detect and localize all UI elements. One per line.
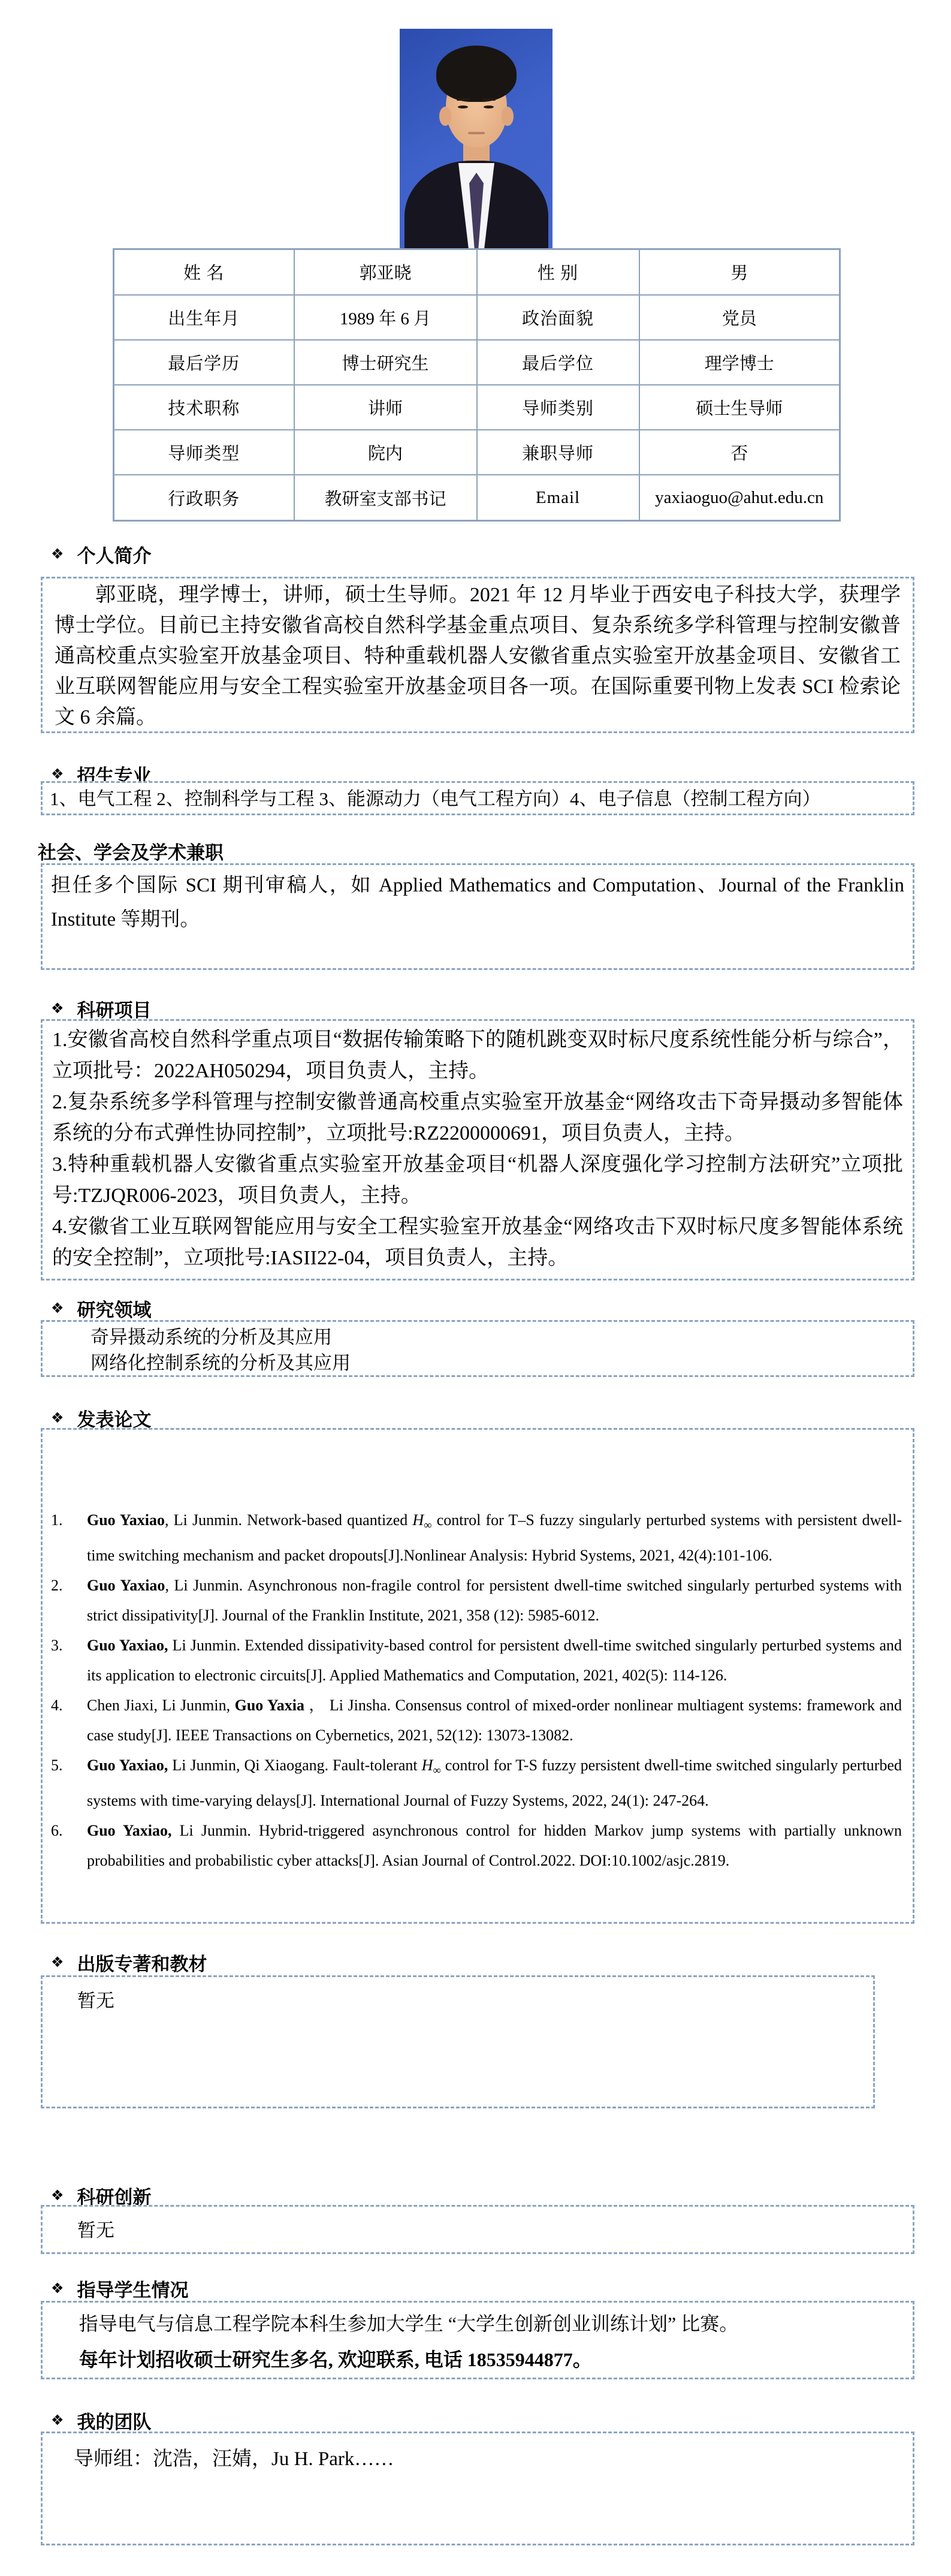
- publication-item: 2.Guo Yaxiao, Li Junmin. Asynchronous no…: [51, 1571, 905, 1631]
- section-personal-intro: ❖ 个人简介 郭亚晓，理学博士，讲师，硕士生导师。2021 年 12 月毕业于西…: [0, 541, 951, 567]
- publication-segment: Li Junmin, Qi Xiaogang. Fault-tolerant: [168, 1756, 421, 1774]
- publication-segment: H: [422, 1756, 433, 1774]
- section-research-innovation: ❖ 科研创新 暂无: [0, 2183, 951, 2208]
- publication-text: Guo Yaxiao, Li Junmin. Extended dissipat…: [87, 1631, 905, 1691]
- photo-hair-shape: [436, 46, 517, 102]
- publication-item: 5.Guo Yaxiao, Li Junmin, Qi Xiaogang. Fa…: [51, 1751, 905, 1816]
- info-label: 导师类型: [114, 430, 294, 475]
- publication-item: 4.Chen Jiaxi, Li Junmin, Guo Yaxia ， Li …: [51, 1691, 905, 1751]
- section-published-papers: ❖ 发表论文 1.Guo Yaxiao, Li Junmin. Network-…: [0, 1405, 951, 1430]
- publication-segment: Li Junmin. Hybrid-triggered asynchronous…: [87, 1822, 902, 1869]
- publication-segment: H: [412, 1511, 424, 1529]
- photo-eye-shape: [458, 106, 468, 109]
- intro-box: 郭亚晓，理学博士，讲师，硕士生导师。2021 年 12 月毕业于西安电子科技大学…: [41, 577, 914, 733]
- section-title: 我的团队: [77, 2407, 152, 2434]
- project-item: 2.复杂系统多学科管理与控制安徽普通高校重点实验室开放基金“网络攻击下奇异摄动多…: [52, 1087, 903, 1149]
- info-label: 姓 名: [114, 249, 294, 295]
- publication-segment: Chen Jiaxi, Li Junmin,: [87, 1697, 235, 1714]
- innovation-box: 暂无: [41, 2205, 914, 2254]
- fields-box: 奇异摄动系统的分析及其应用网络化控制系统的分析及其应用: [41, 1320, 914, 1377]
- photo-ear-shape: [439, 107, 451, 126]
- info-label: 最后学历: [114, 340, 294, 385]
- section-research-projects: ❖ 科研项目 1.安徽省高校自然科学重点项目“数据传输策略下的随机跳变双时标尺度…: [0, 996, 951, 1021]
- publication-item: 1.Guo Yaxiao, Li Junmin. Network-based q…: [51, 1505, 905, 1571]
- section-student-guidance: ❖ 指导学生情况 指导电气与信息工程学院本科生参加大学生 “大学生创新创业训练计…: [0, 2276, 951, 2301]
- info-value: 党员: [639, 295, 840, 340]
- publication-number: 3.: [51, 1631, 87, 1691]
- social-box: 担任多个国际 SCI 期刊审稿人，如 Applied Mathematics a…: [41, 863, 914, 970]
- diamond-icon: ❖: [51, 1955, 64, 1969]
- publication-text: Guo Yaxiao, Li Junmin. Hybrid-triggered …: [87, 1816, 905, 1876]
- personal-info-table: 姓 名郭亚晓性 别男出生年月1989 年 6 月政治面貌党员最后学历博士研究生最…: [113, 248, 841, 522]
- section-title: 社会、学会及学术兼职: [38, 837, 224, 864]
- info-label: 政治面貌: [477, 295, 639, 340]
- publication-segment: Guo Yaxiao,: [87, 1637, 168, 1654]
- section-header: ❖ 个人简介: [51, 541, 951, 567]
- info-label: 导师类别: [477, 385, 639, 430]
- team-box: 导师组：沈浩，汪婧，Ju H. Park……: [41, 2432, 914, 2545]
- publication-segment: Li Junmin. Extended dissipativity-based …: [87, 1637, 902, 1684]
- publication-segment: ∞: [424, 1519, 431, 1532]
- intro-text: 郭亚晓，理学博士，讲师，硕士生导师。2021 年 12 月毕业于西安电子科技大学…: [55, 580, 901, 733]
- info-table-row: 技术职称讲师导师类别硕士生导师: [114, 385, 840, 430]
- info-value: 男: [639, 249, 840, 295]
- team-text: 导师组：沈浩，汪婧，Ju H. Park……: [74, 2443, 913, 2471]
- books-text: 暂无: [77, 1986, 873, 2012]
- section-academic-positions: 社会、学会及学术兼职 担任多个国际 SCI 期刊审稿人，如 Applied Ma…: [0, 838, 951, 863]
- section-title: 出版专著和教材: [77, 1949, 207, 1976]
- section-header: ❖ 科研项目: [51, 996, 951, 1021]
- diamond-icon: ❖: [51, 767, 64, 781]
- majors-box: 1、电气工程 2、控制科学与工程 3、能源动力（电气工程方向）4、电子信息（控制…: [41, 781, 914, 815]
- section-header: ❖ 我的团队: [51, 2408, 951, 2433]
- students-box: 指导电气与信息工程学院本科生参加大学生 “大学生创新创业训练计划” 比赛。每年计…: [41, 2301, 914, 2379]
- info-table-row: 导师类型院内兼职导师否: [114, 430, 840, 475]
- info-value: 教研室支部书记: [294, 475, 477, 520]
- info-label: Email: [477, 475, 639, 520]
- diamond-icon: ❖: [51, 547, 64, 561]
- majors-text: 1、电气工程 2、控制科学与工程 3、能源动力（电气工程方向）4、电子信息（控制…: [50, 784, 905, 814]
- section-enrollment-majors: ❖ 招生专业 1、电气工程 2、控制科学与工程 3、能源动力（电气工程方向）4、…: [0, 761, 951, 787]
- info-value: 1989 年 6 月: [294, 295, 477, 340]
- project-item: 4.安徽省工业互联网智能应用与安全工程实验室开放基金“网络攻击下双时标尺度多智能…: [52, 1212, 903, 1274]
- info-label: 技术职称: [114, 385, 294, 430]
- section-title: 个人简介: [77, 541, 152, 568]
- diamond-icon: ❖: [51, 1411, 64, 1425]
- publication-segment: , Li Junmin. Network-based quantized: [165, 1511, 412, 1529]
- photo-eye-shape: [484, 106, 494, 109]
- publication-number: 1.: [51, 1505, 87, 1571]
- info-label: 行政职务: [114, 475, 294, 520]
- publication-segment: Guo Yaxiao: [87, 1511, 165, 1529]
- info-value: yaxiaoguo@ahut.edu.cn: [639, 475, 840, 520]
- info-value: 否: [639, 430, 840, 475]
- publication-segment: , Li Junmin. Asynchronous non-fragile co…: [87, 1577, 902, 1624]
- diamond-icon: ❖: [51, 2413, 64, 2427]
- papers-box: 1.Guo Yaxiao, Li Junmin. Network-based q…: [41, 1428, 914, 1924]
- info-value: 讲师: [294, 385, 477, 430]
- publication-segment: ∞: [433, 1764, 440, 1777]
- publication-segment: Guo Yaxia: [235, 1697, 304, 1714]
- section-title: 科研项目: [77, 995, 152, 1022]
- section-monographs-textbooks: ❖ 出版专著和教材 暂无: [0, 1950, 951, 1975]
- info-label: 最后学位: [477, 340, 639, 385]
- books-box: 暂无: [41, 1975, 875, 2108]
- project-item: 1.安徽省高校自然科学重点项目“数据传输策略下的随机跳变双时标尺度系统性能分析与…: [52, 1025, 903, 1087]
- info-table-row: 姓 名郭亚晓性 别男: [114, 249, 840, 295]
- publication-segment: Guo Yaxiao,: [87, 1822, 171, 1839]
- diamond-icon: ❖: [51, 2188, 64, 2203]
- project-item: 3.特种重载机器人安徽省重点实验室开放基金项目“机器人深度强化学习控制方法研究”…: [52, 1149, 903, 1212]
- publication-number: 5.: [51, 1751, 87, 1816]
- section-header: ❖ 指导学生情况: [51, 2276, 951, 2301]
- photo-mouth-shape: [468, 132, 485, 134]
- info-label: 出生年月: [114, 295, 294, 340]
- publication-number: 2.: [51, 1571, 87, 1631]
- info-value: 院内: [294, 430, 477, 475]
- info-value: 理学博士: [639, 340, 840, 385]
- publication-number: 6.: [51, 1816, 87, 1876]
- section-my-team: ❖ 我的团队 导师组：沈浩，汪婧，Ju H. Park……: [0, 2408, 951, 2433]
- section-header: 社会、学会及学术兼职: [38, 838, 951, 863]
- photo-brow-shape: [482, 98, 496, 101]
- info-value: 硕士生导师: [639, 385, 840, 430]
- diamond-icon: ❖: [51, 2281, 64, 2295]
- publication-item: 3.Guo Yaxiao, Li Junmin. Extended dissip…: [51, 1631, 905, 1691]
- innovation-text: 暂无: [77, 2215, 913, 2242]
- info-table-row: 最后学历博士研究生最后学位理学博士: [114, 340, 840, 385]
- diamond-icon: ❖: [51, 1301, 64, 1315]
- publication-number: 4.: [51, 1691, 87, 1751]
- publication-item: 6.Guo Yaxiao, Li Junmin. Hybrid-triggere…: [51, 1816, 905, 1876]
- info-value: 郭亚晓: [294, 249, 477, 295]
- publication-text: Guo Yaxiao, Li Junmin. Network-based qua…: [87, 1505, 905, 1571]
- info-table-row: 出生年月1989 年 6 月政治面貌党员: [114, 295, 840, 340]
- publication-text: Chen Jiaxi, Li Junmin, Guo Yaxia ， Li Ji…: [87, 1691, 905, 1751]
- diamond-icon: ❖: [51, 1001, 64, 1016]
- info-label: 性 别: [477, 249, 639, 295]
- section-title: 指导学生情况: [77, 2275, 189, 2302]
- section-header: ❖ 研究领域: [51, 1295, 951, 1321]
- section-header: ❖ 出版专著和教材: [51, 1950, 951, 1975]
- info-label: 兼职导师: [477, 430, 639, 475]
- section-header: ❖ 发表论文: [51, 1405, 951, 1430]
- students-paragraph: 每年计划招收硕士研究生多名, 欢迎联系, 电话 18535944877。: [52, 2343, 903, 2376]
- research-field-item: 奇异摄动系统的分析及其应用: [90, 1324, 903, 1350]
- publication-text: Guo Yaxiao, Li Junmin, Qi Xiaogang. Faul…: [87, 1751, 905, 1816]
- info-table-row: 行政职务教研室支部书记Emailyaxiaoguo@ahut.edu.cn: [114, 475, 840, 520]
- students-paragraph: 指导电气与信息工程学院本科生参加大学生 “大学生创新创业训练计划” 比赛。: [52, 2307, 903, 2340]
- info-value: 博士研究生: [294, 340, 477, 385]
- photo-ear-shape: [502, 107, 514, 126]
- publication-text: Guo Yaxiao, Li Junmin. Asynchronous non-…: [87, 1571, 905, 1631]
- research-field-item: 网络化控制系统的分析及其应用: [90, 1350, 903, 1376]
- section-research-fields: ❖ 研究领域 奇异摄动系统的分析及其应用网络化控制系统的分析及其应用: [0, 1295, 951, 1321]
- section-header: ❖ 科研创新: [51, 2183, 951, 2208]
- section-title: 研究领域: [77, 1295, 152, 1322]
- section-title: 发表论文: [77, 1405, 152, 1432]
- photo-brow-shape: [457, 98, 470, 101]
- profile-photo: [400, 29, 553, 248]
- social-text: 担任多个国际 SCI 期刊审稿人，如 Applied Mathematics a…: [51, 869, 904, 937]
- publication-segment: Guo Yaxiao,: [87, 1756, 168, 1774]
- publication-segment: Guo Yaxiao: [87, 1577, 165, 1594]
- projects-box: 1.安徽省高校自然科学重点项目“数据传输策略下的随机跳变双时标尺度系统性能分析与…: [41, 1019, 914, 1281]
